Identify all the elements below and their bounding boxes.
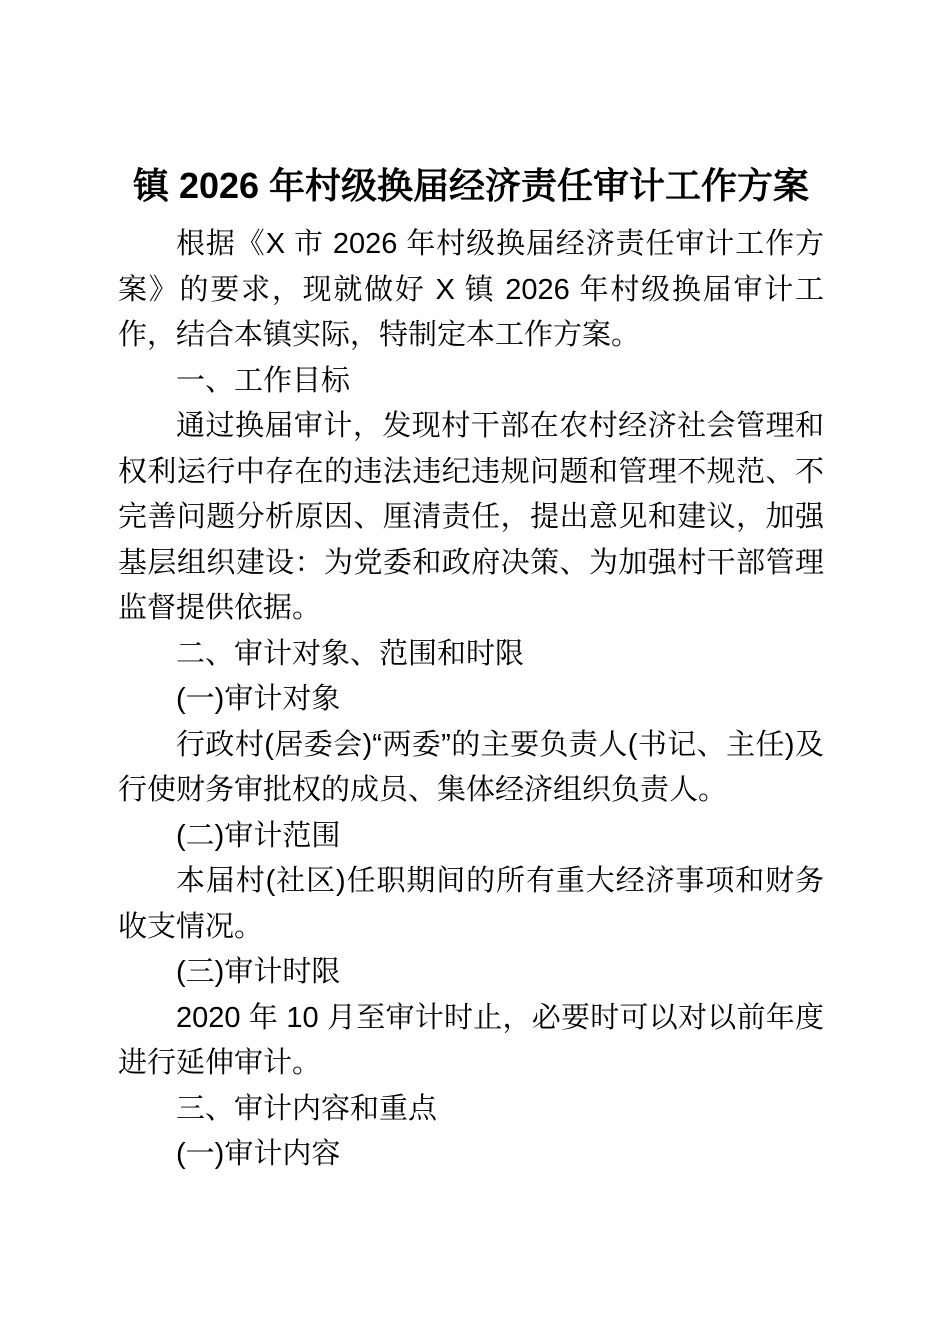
- paragraph-goal: 通过换届审计，发现村干部在农村经济社会管理和权利运行中存在的违法违纪违规问题和管…: [118, 404, 824, 632]
- paragraph-audit-scope: 本届村(社区)任职期间的所有重大经济事项和财务收支情况。: [118, 859, 824, 950]
- document-page: 镇 2026 年村级换届经济责任审计工作方案 根据《X 市 2026 年村级换届…: [0, 0, 950, 1344]
- heading-audit-content: 三、审计内容和重点: [118, 1087, 824, 1133]
- paragraph-audit-target: 行政村(居委会)“两委”的主要负责人(书记、主任)及行使财务审批权的成员、集体经…: [118, 723, 824, 814]
- doc-title: 镇 2026 年村级换届经济责任审计工作方案: [118, 160, 824, 212]
- heading-audit-object: 二、审计对象、范围和时限: [118, 632, 824, 678]
- subheading-audit-period: (三)审计时限: [118, 950, 824, 996]
- subheading-audit-target: (一)审计对象: [118, 677, 824, 723]
- heading-work-goal: 一、工作目标: [118, 359, 824, 405]
- paragraph-audit-period: 2020 年 10 月至审计时止，必要时可以对以前年度进行延伸审计。: [118, 996, 824, 1087]
- subheading-audit-scope: (二)审计范围: [118, 814, 824, 860]
- subheading-audit-content: (一)审计内容: [118, 1132, 824, 1178]
- paragraph-intro: 根据《X 市 2026 年村级换届经济责任审计工作方案》的要求，现就做好 X 镇…: [118, 222, 824, 359]
